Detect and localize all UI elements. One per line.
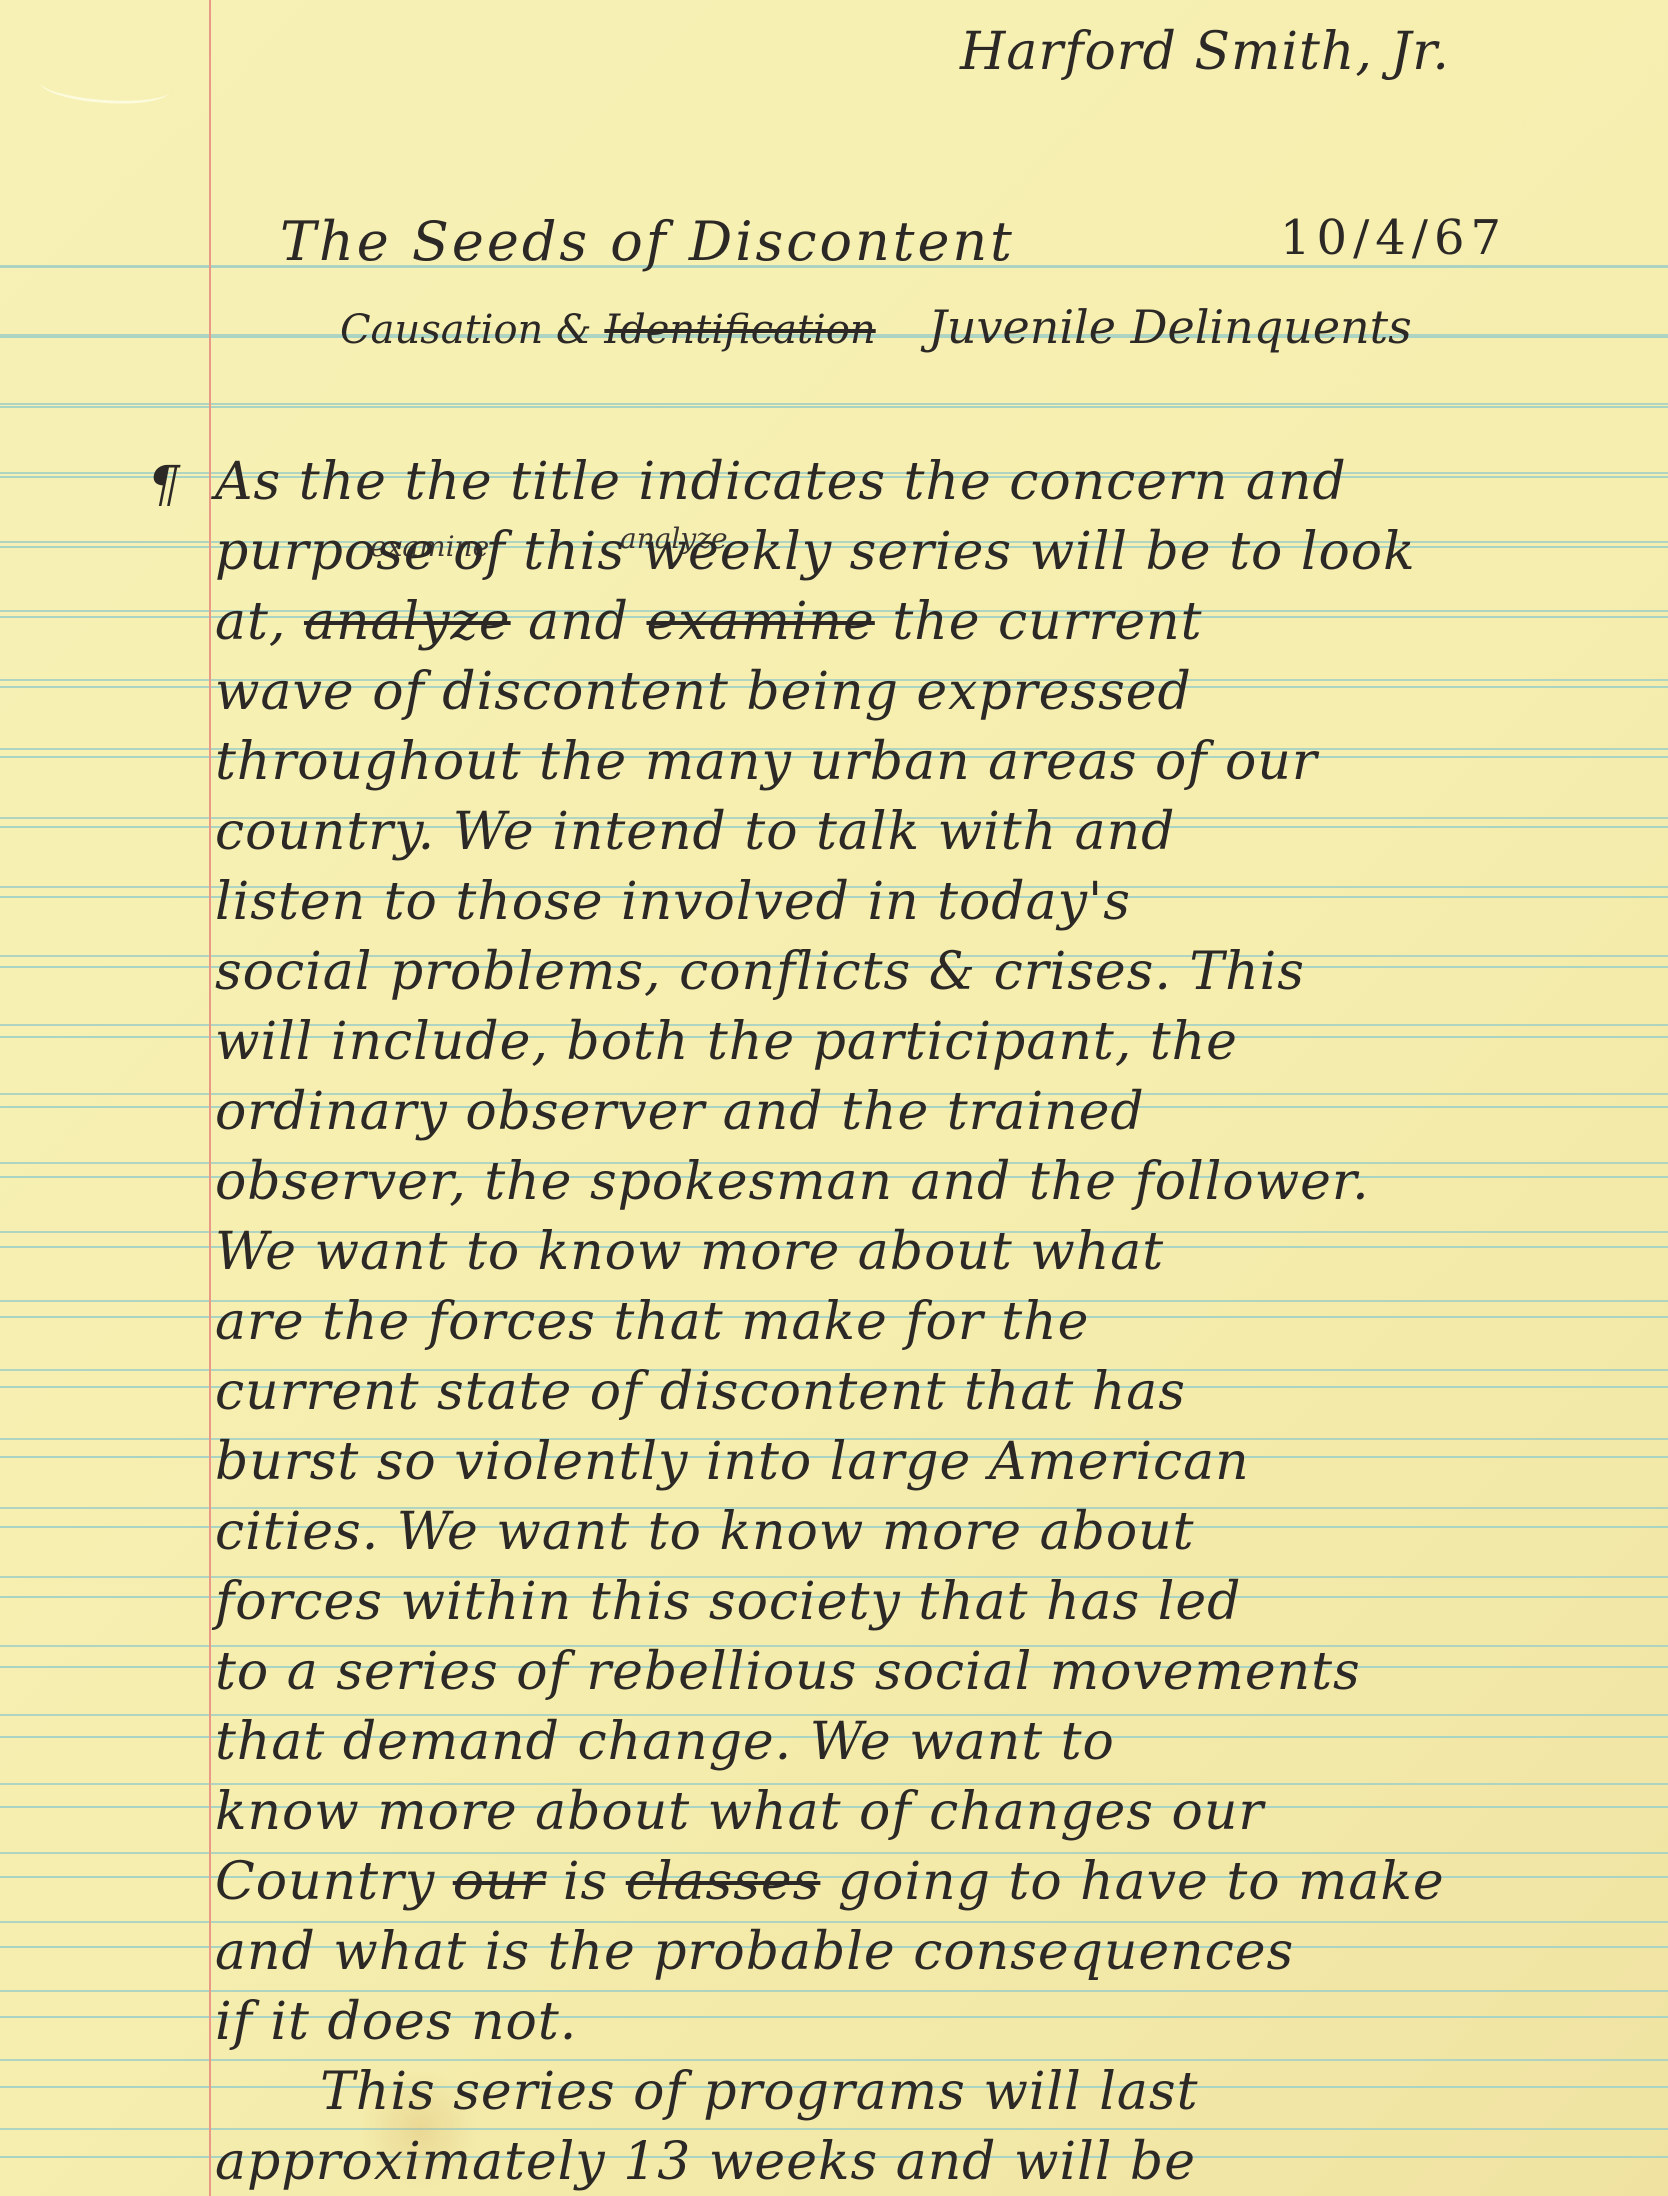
text-line: observer, the spokesman and the follower… bbox=[215, 1152, 1370, 1212]
text-line: Country our is classes going to have to … bbox=[215, 1852, 1445, 1912]
text-line: will include, both the participant, the bbox=[215, 1012, 1238, 1072]
text-line: purpose of this weekly series will be to… bbox=[215, 522, 1416, 582]
text-line: country. We intend to talk with and bbox=[215, 802, 1175, 862]
text-line: ordinary observer and the trained bbox=[215, 1082, 1145, 1142]
text-line: We want to know more about what bbox=[215, 1222, 1164, 1282]
text-line: current state of discontent that has bbox=[215, 1362, 1186, 1422]
text-line: forces within this society that has led bbox=[215, 1572, 1241, 1632]
struck-word: examine bbox=[646, 592, 874, 652]
text-line: and what is the probable consequences bbox=[215, 1922, 1294, 1982]
text-line: cities. We want to know more about bbox=[215, 1502, 1195, 1562]
subtitle-part1: Causation & bbox=[340, 307, 592, 353]
text-line: throughout the many urban areas of our bbox=[215, 732, 1318, 792]
text-segment: and bbox=[511, 592, 647, 652]
paper-crease bbox=[39, 66, 171, 108]
document-date: 10/4/67 bbox=[1280, 210, 1507, 266]
text-line: This series of programs will last bbox=[215, 2062, 1198, 2122]
text-segment: at, bbox=[215, 592, 304, 652]
text-line: if it does not. bbox=[215, 1992, 577, 2052]
text-line: burst so violently into large American bbox=[215, 1432, 1250, 1492]
text-line: are the forces that make for the bbox=[215, 1292, 1089, 1352]
text-segment: the current bbox=[875, 592, 1203, 652]
text-line: to a series of rebellious social movemen… bbox=[215, 1642, 1361, 1702]
struck-word: classes bbox=[626, 1852, 821, 1912]
document-title: The Seeds of Discontent bbox=[280, 210, 1015, 273]
text-line: As the the title indicates the concern a… bbox=[215, 452, 1347, 512]
text-segment: going to have to make bbox=[820, 1852, 1444, 1912]
text-line: at, analyze and examine the current bbox=[215, 592, 1203, 652]
text-line: listen to those involved in today's bbox=[215, 872, 1131, 932]
subtitle-struck-word: Identification bbox=[604, 307, 875, 353]
text-line: social problems, conflicts & crises. Thi… bbox=[215, 942, 1305, 1002]
text-line: know more about what of changes our bbox=[215, 1782, 1264, 1842]
text-line: approximately 13 weeks and will be bbox=[215, 2132, 1196, 2192]
struck-word: our bbox=[453, 1852, 546, 1912]
author-signature: Harford Smith, Jr. bbox=[960, 22, 1450, 82]
document-subtitle: Causation & Identification Juvenile Deli… bbox=[340, 300, 1412, 354]
paragraph-mark: ¶ bbox=[148, 455, 180, 513]
text-segment: Country bbox=[215, 1852, 453, 1912]
struck-word: analyze bbox=[304, 592, 511, 652]
text-line: that demand change. We want to bbox=[215, 1712, 1115, 1772]
margin-line bbox=[209, 0, 211, 2196]
text-segment: is bbox=[545, 1852, 625, 1912]
text-line: wave of discontent being expressed bbox=[215, 662, 1192, 722]
subtitle-part2: Juvenile Delinquents bbox=[928, 300, 1411, 354]
legal-pad-page: Harford Smith, Jr. The Seeds of Disconte… bbox=[0, 0, 1668, 2196]
